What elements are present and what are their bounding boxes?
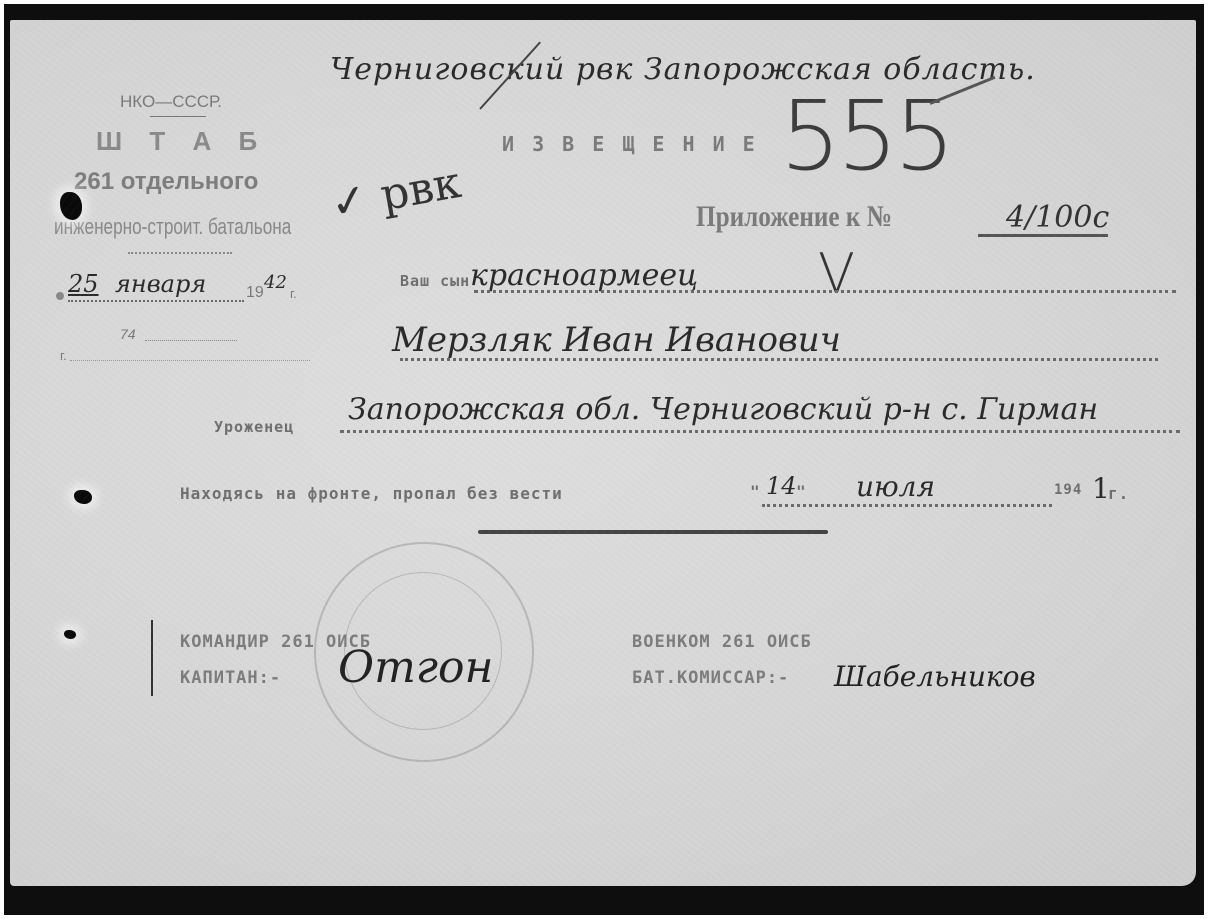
soldier-full-name: Мерзляк Иван Иванович	[392, 320, 841, 360]
stamp-city-prefix: г.	[60, 348, 67, 363]
check-mark-note: ✓ рвк	[327, 157, 465, 230]
margin-bar	[151, 620, 153, 696]
son-dotted-line	[474, 290, 1176, 293]
missing-text: Находясь на фронте, пропал без вести	[180, 484, 563, 503]
stamp-shtab: Ш Т А Б	[96, 126, 267, 157]
punch-hole-top	[60, 192, 82, 220]
punch-hole-middle	[74, 490, 92, 504]
big-handwritten-number: 555	[780, 80, 951, 192]
appendix-underline	[978, 234, 1108, 237]
number-line	[145, 340, 237, 341]
stamp-date-g: г.	[290, 286, 297, 301]
name-dotted-line	[400, 358, 1158, 361]
check-v-mark: V	[818, 242, 855, 305]
son-label: Ваш сын	[400, 272, 470, 290]
quote-open: "	[750, 482, 761, 501]
pen-underline	[478, 530, 828, 534]
document-paper: Черниговский рвк Запорожская область. НК…	[10, 20, 1196, 886]
commander-rank: КАПИТАН:-	[180, 668, 281, 688]
punch-hole-bottom	[64, 630, 76, 639]
city-line	[70, 360, 310, 361]
stamp-nko-ussr: НКО—СССР.	[120, 92, 222, 112]
stamp-date-year-suffix: 42	[264, 272, 287, 293]
native-label: Уроженец	[214, 418, 294, 436]
stamp-date-month: января	[115, 270, 206, 298]
native-dotted-line	[340, 430, 1180, 433]
missing-g: г.	[1108, 484, 1129, 503]
stamp-date-day: 25	[68, 270, 99, 298]
commissar-signature: Шабельников	[834, 660, 1036, 693]
missing-year-prefix: 194	[1054, 482, 1082, 498]
stamp-number: 74	[120, 326, 136, 342]
missing-month: июля	[856, 470, 935, 503]
bullet-dot	[56, 292, 64, 300]
document-title: И З В Е Щ Е Н И Е	[502, 132, 758, 156]
native-place: Запорожская обл. Черниговский р-н с. Гир…	[348, 392, 1098, 427]
quote-close: "	[796, 482, 807, 501]
appendix-number: 4/100с	[1006, 200, 1109, 235]
stamp-unit-number: 261 отдельного	[74, 168, 258, 196]
missing-day: 14	[766, 472, 797, 500]
son-rank: красноармеец	[470, 258, 698, 293]
commander-signature: Отгон	[338, 642, 494, 693]
appendix-label: Приложение к №	[696, 200, 892, 234]
date-dotted-line	[68, 300, 244, 302]
stamp-battalion: инженерно-строит. батальона	[54, 214, 291, 240]
missing-dotted-line	[762, 504, 1052, 507]
stamp-underline	[150, 116, 206, 117]
commissar-rank: БАТ.КОМИССАР:-	[632, 668, 789, 688]
stamp-date-year-prefix: 19	[246, 284, 264, 302]
commissar-title: ВОЕНКОМ 261 ОИСБ	[632, 632, 812, 652]
stamp-divider	[128, 252, 232, 254]
